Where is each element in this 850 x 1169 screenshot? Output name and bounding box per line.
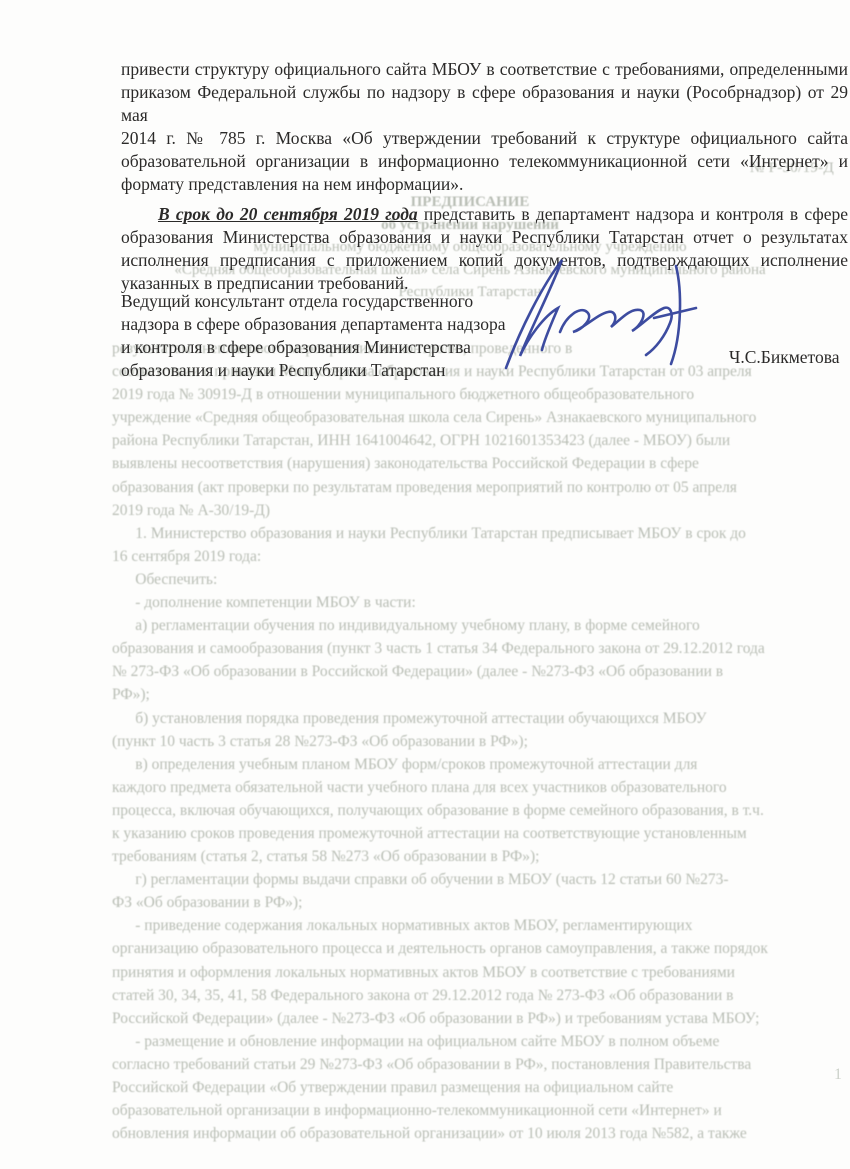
paragraph-deadline-first-line: В срок до 20 сентября 2019 года представ… bbox=[121, 203, 848, 226]
paragraph-site-structure: привести структуру официального сайта МБ… bbox=[121, 58, 848, 196]
text-line: - дополнение компетенции МБОУ в части: bbox=[112, 591, 838, 614]
text-line: 1. Министерство образования и науки Респ… bbox=[112, 522, 838, 545]
text-line: г) регламентации формы выдачи справки об… bbox=[112, 868, 838, 891]
text-line: 2019 года № А-30/19-Д) bbox=[112, 499, 838, 522]
text-line: образовательной организации в информацио… bbox=[112, 1099, 838, 1122]
deadline-emphasis: В срок до 20 сентября 2019 года bbox=[158, 204, 418, 224]
signer-name: Ч.С.Бикметова bbox=[729, 347, 840, 368]
text-line: выявлены несоответствия (нарушения) зако… bbox=[112, 452, 838, 475]
text-line: привести структуру официального сайта МБ… bbox=[121, 58, 848, 81]
text-line: согласно требований статьи 29 №273-ФЗ «О… bbox=[112, 1053, 838, 1076]
text-line: Российской Федерации» (далее - №273-ФЗ «… bbox=[112, 1007, 838, 1030]
text-line: а) регламентации обучения по индивидуаль… bbox=[112, 614, 838, 637]
text-line: образовательной организации в информацио… bbox=[121, 150, 848, 173]
text-line: (пункт 10 часть 3 статья 28 №273-ФЗ «Об … bbox=[112, 730, 838, 753]
handwritten-signature bbox=[468, 252, 728, 384]
text-line: - размещение и обновление информации на … bbox=[112, 1030, 838, 1053]
text-line: района Республики Татарстан, ИНН 1641004… bbox=[112, 429, 838, 452]
text-line: ФЗ «Об образовании в РФ»); bbox=[112, 891, 838, 914]
text-line: - приведение содержания локальных нормат… bbox=[112, 914, 838, 937]
text-line: РФ»); bbox=[112, 683, 838, 706]
text-line: к указанию сроков проведения промежуточн… bbox=[112, 822, 838, 845]
text-line: статей 30, 34, 35, 41, 58 Федерального з… bbox=[112, 984, 838, 1007]
text-line: Российской Федерации «Об утверждении пра… bbox=[112, 1076, 838, 1099]
text-line: принятия и оформления локальных норматив… bbox=[112, 961, 838, 984]
deadline-line-rest: представить в департамент надзора и конт… bbox=[418, 204, 848, 224]
bleed-corner-mark: 1 bbox=[834, 1066, 842, 1084]
text-line: организацию образовательного процесса и … bbox=[112, 937, 838, 960]
text-line: требованиям (статья 2, статья 58 №273 «О… bbox=[112, 845, 838, 868]
text-line: приказом Федеральной службы по надзору в… bbox=[121, 81, 848, 127]
text-line: обновления информации об образовательной… bbox=[112, 1122, 838, 1145]
text-line: каждого предмета обязательной части учеб… bbox=[112, 776, 838, 799]
text-line: образования и самообразования (пункт 3 ч… bbox=[112, 637, 838, 660]
text-line: Обеспечить: bbox=[112, 568, 838, 591]
text-line: образования (акт проверки по результатам… bbox=[112, 476, 838, 499]
text-line: б) установления порядка проведения проме… bbox=[112, 707, 838, 730]
text-line: № 273-ФЗ «Об образовании в Российской Фе… bbox=[112, 660, 838, 683]
text-line: процесса, включая обучающихся, получающи… bbox=[112, 799, 838, 822]
scanned-document-page: № Р-30/19-Д ПРЕДПИСАНИЕоб устранении нар… bbox=[0, 0, 850, 1169]
text-line: 2014 г. № 785 г. Москва «Об утверждении … bbox=[121, 127, 848, 150]
text-line: 16 сентября 2019 года: bbox=[112, 545, 838, 568]
text-line: учреждение «Средняя общеобразовательная … bbox=[112, 406, 838, 429]
bleed-body-text: результатам внепланового мероприятия по … bbox=[112, 337, 838, 1145]
text-line: формату представления на нем информации»… bbox=[121, 173, 848, 196]
text-line: в) определения учебным планом МБОУ форм/… bbox=[112, 753, 838, 776]
text-line: образования Министерства образования и н… bbox=[121, 226, 848, 249]
text-line: 2019 года № 30919-Д в отношении муниципа… bbox=[112, 383, 838, 406]
